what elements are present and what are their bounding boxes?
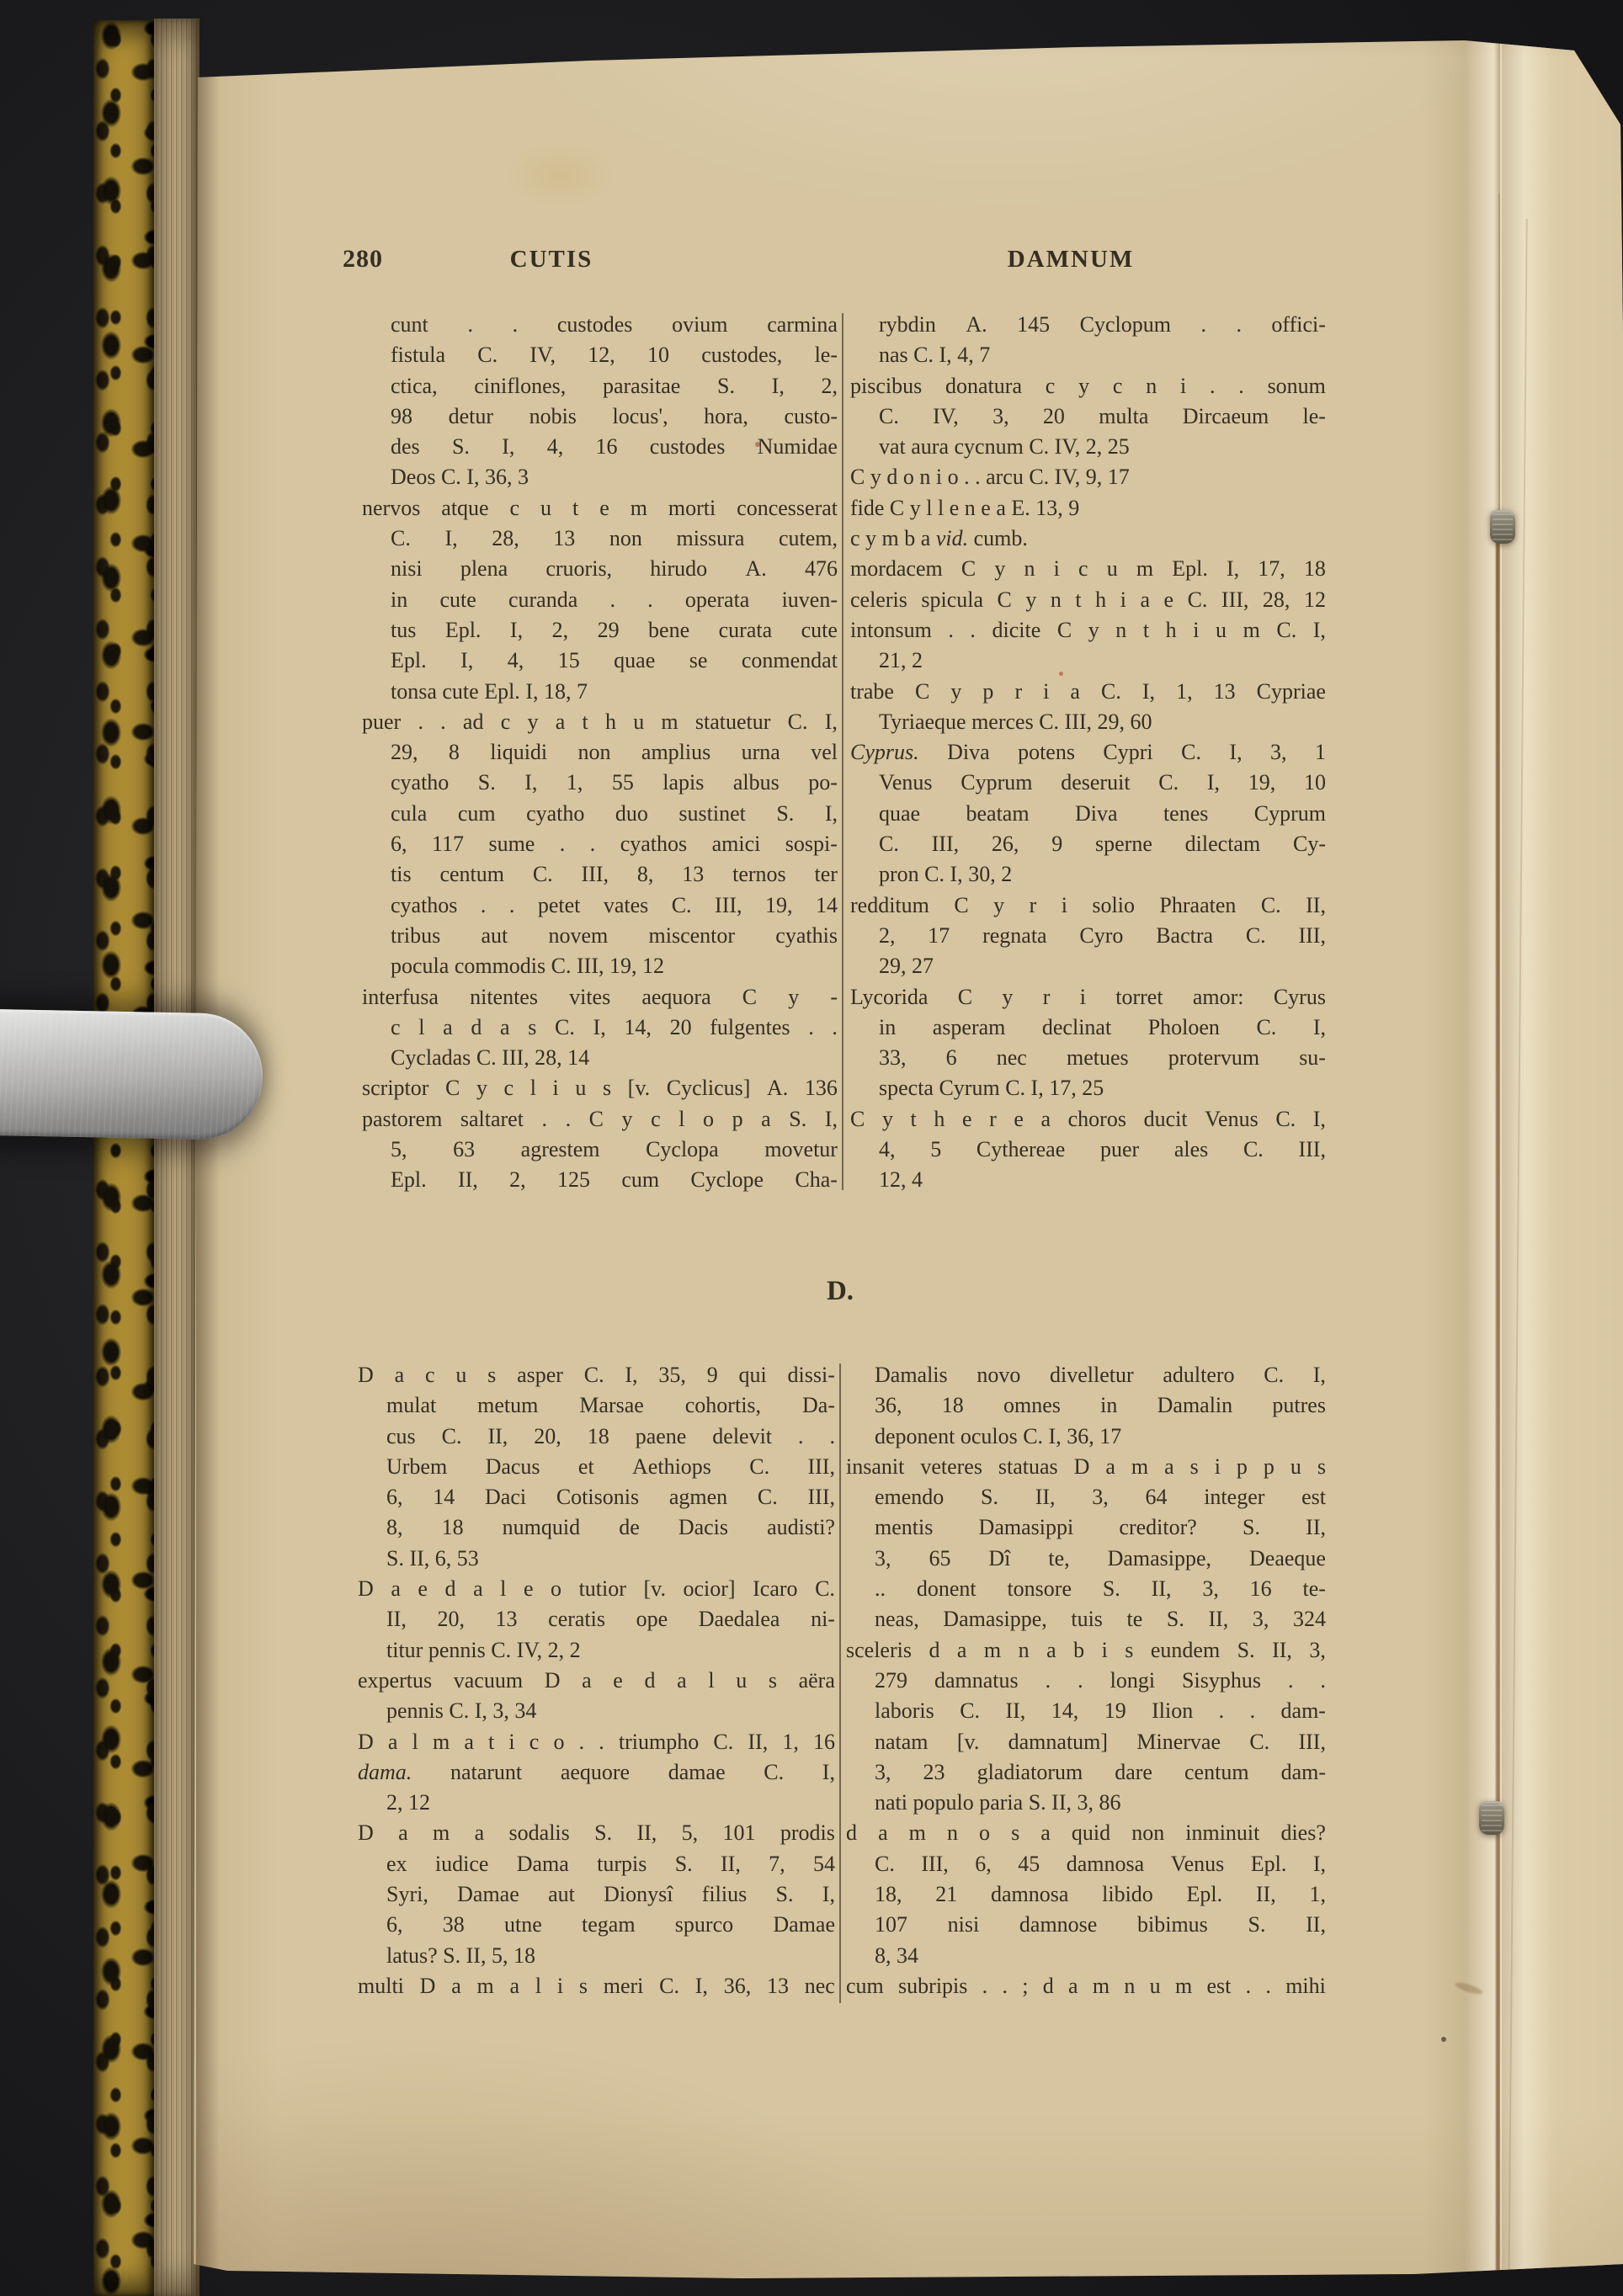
binding-staple-bottom xyxy=(1479,1801,1504,1835)
index-line: pennis C. I, 3, 34 xyxy=(358,1696,835,1726)
index-line: ..donenttonsoreS.II,3,16te- xyxy=(846,1574,1326,1604)
index-line: pocula commodis C. III, 19, 12 xyxy=(362,951,838,981)
index-column-bottom-left: DacusasperC.I,35,9quidissi-mulatmetumMar… xyxy=(358,1360,835,2001)
marbled-cover-edge xyxy=(93,20,154,2296)
index-line: culacumcyathoduosustinetS.I, xyxy=(362,799,838,829)
index-line: piscibusdonaturacycni..sonum xyxy=(850,371,1326,401)
index-line: Cyprus.DivapotensCypriC.I,3,1 xyxy=(850,737,1326,768)
index-line: cunt..custodesoviumcarmina xyxy=(362,310,838,340)
index-line: interfusanitentesvitesaequoraCy- xyxy=(362,982,838,1012)
index-line: tribusautnovemmiscentorcyathis xyxy=(362,921,838,951)
running-head-right: DAMNUM xyxy=(1008,246,1135,274)
index-line: specta Cyrum C. I, 17, 25 xyxy=(850,1073,1326,1103)
index-line: DamalisnovodivelleturadulteroC.I, xyxy=(846,1360,1326,1390)
gutter-crease xyxy=(1423,0,1500,2296)
index-line: 8, 34 xyxy=(846,1941,1326,1971)
index-line: cusC.II,20,18paenedelevit.. xyxy=(358,1422,835,1452)
index-line: scelerisdamnabiseundemS.II,3, xyxy=(846,1635,1326,1666)
index-line: 3,65Dîte,Damasippe,Deaeque xyxy=(846,1544,1326,1574)
index-line: Cycladas C. III, 28, 14 xyxy=(362,1043,838,1073)
index-line: puer..adcyathumstatueturC.I, xyxy=(362,707,838,737)
index-line: Epl.I,4,15quaeseconmendat xyxy=(362,646,838,676)
index-line: neas,Damasippe,tuisteS.II,3,324 xyxy=(846,1604,1326,1634)
index-line: 18,21damnosalibidoEpl.II,1, xyxy=(846,1879,1326,1910)
index-line: rybdinA.145Cyclopum..offici- xyxy=(850,310,1326,340)
index-line: nisiplenacruoris,hirudoA.476 xyxy=(362,554,838,584)
index-line: 8,18numquiddeDacisaudisti? xyxy=(358,1512,835,1543)
index-line: Deos C. I, 36, 3 xyxy=(362,462,838,492)
index-line: 2, 12 xyxy=(358,1788,835,1818)
index-line: emendoS.II,3,64integerest xyxy=(846,1482,1326,1512)
index-line: Syri,DamaeautDionysîfiliusS.I, xyxy=(358,1879,835,1910)
index-line: Epl.II,2,125cumCyclopeCha- xyxy=(362,1165,838,1195)
index-line: tiscentumC.III,8,13ternoster xyxy=(362,859,838,890)
index-line: cumsubripis..;damnumest..mihi xyxy=(846,1971,1326,2001)
index-line: titur pennis C. IV, 2, 2 xyxy=(358,1635,835,1666)
index-line: 4,5CythereaepueralesC.III, xyxy=(850,1135,1326,1165)
book-page: 280 CUTIS DAMNUM cunt..custodesoviumcarm… xyxy=(152,0,1623,2296)
inner-margin-shadow xyxy=(196,67,220,2268)
index-line: vat aura cycnum C. IV, 2, 25 xyxy=(850,432,1326,462)
index-line: 5,63agrestemCyclopamovetur xyxy=(362,1135,838,1165)
index-line: inasperamdeclinatPholoenC.I, xyxy=(850,1012,1326,1043)
index-line: tusEpl.I,2,29benecuratacute xyxy=(362,615,838,646)
index-line: 6,14DaciCotisonisagmenC.III, xyxy=(358,1482,835,1512)
index-column-top-left: cunt..custodesoviumcarminafistulaC.IV,12… xyxy=(362,310,838,1196)
index-line: mulatmetumMarsaecohortis,Da- xyxy=(358,1390,835,1421)
column-divider-bottom xyxy=(839,1363,841,2003)
page-number: 280 xyxy=(343,245,383,274)
index-line: mordacemCynicumEpl.I,17,18 xyxy=(850,554,1326,584)
index-line: C y d o n i o . . arcu C. IV, 9, 17 xyxy=(850,462,1326,492)
index-line: exiudiceDamaturpisS.II,7,54 xyxy=(358,1849,835,1879)
metal-page-clip xyxy=(0,1009,263,1140)
paper-stain xyxy=(505,143,615,207)
index-line: 29, 27 xyxy=(850,951,1326,981)
index-line: C.III,6,45damnosaVenusEpl.I, xyxy=(846,1849,1326,1879)
index-column-bottom-right: DamalisnovodivelleturadulteroC.I,36,18om… xyxy=(846,1360,1326,2001)
index-line: cladasC.I,14,20fulgentes.. xyxy=(362,1012,838,1043)
index-line: insanitveteresstatuasDamasippus xyxy=(846,1452,1326,1482)
index-line: LycoridaCyritorretamor:Cyrus xyxy=(850,982,1326,1012)
page-block-edges xyxy=(154,19,200,2296)
index-line: scriptorCyclius[v.Cyclicus]A.136 xyxy=(362,1073,838,1103)
index-line: quaebeatamDivatenesCyprum xyxy=(850,799,1326,829)
index-line: Tyriaeque merces C. III, 29, 60 xyxy=(850,707,1326,737)
index-line: 3,23gladiatorumdarecentumdam- xyxy=(846,1757,1326,1788)
index-line: desS.I,4,16custodesNumidae xyxy=(362,432,838,462)
index-line: damnosaquidnoninminuitdies? xyxy=(846,1818,1326,1848)
index-line: VenusCyprumdeseruitC.I,19,10 xyxy=(850,768,1326,798)
index-line: dama.nataruntaequoredamaeC.I, xyxy=(358,1757,835,1788)
index-line: incutecuranda..operataiuven- xyxy=(362,585,838,615)
index-line: C.I,28,13nonmissuracutem, xyxy=(362,524,838,554)
column-divider-top xyxy=(842,313,843,1190)
index-line: 12, 4 xyxy=(850,1165,1326,1195)
index-line: c y m b a vid. cumb. xyxy=(850,524,1326,554)
running-head-left: CUTIS xyxy=(510,246,593,274)
gutter-crease-right xyxy=(1502,0,1552,2296)
index-line: S. II, 6, 53 xyxy=(358,1544,835,1574)
index-line: DacusasperC.I,35,9quidissi- xyxy=(358,1360,835,1390)
index-line: DamasodalisS.II,5,101prodis xyxy=(358,1818,835,1848)
index-line: mentisDamasippicreditor?S.II, xyxy=(846,1512,1326,1543)
index-column-top-right: rybdinA.145Cyclopum..offici-nas C. I, 4,… xyxy=(850,310,1326,1196)
index-line: natam[v.damnatum]MinervaeC.III, xyxy=(846,1727,1326,1757)
index-line: ctica,ciniflones,parasitaeS.I,2, xyxy=(362,371,838,401)
index-line: fide C y l l e n e a E. 13, 9 xyxy=(850,493,1326,524)
index-line: CythereachorosducitVenusC.I, xyxy=(850,1104,1326,1135)
index-line: multiDamalismeriC.I,36,13nec xyxy=(358,1971,835,2001)
binding-thread xyxy=(1496,542,1499,2296)
index-line: Daedaleotutior[v.ocior]IcaroC. xyxy=(358,1574,835,1604)
index-line: 33,6necmetuesprotervumsu- xyxy=(850,1043,1326,1073)
index-line: nas C. I, 4, 7 xyxy=(850,340,1326,370)
index-line: cyathoS.I,1,55lapisalbuspo- xyxy=(362,768,838,798)
index-line: expertusvacuumDaedalusaëra xyxy=(358,1666,835,1696)
index-line: Dalmatico..triumphoC.II,1,16 xyxy=(358,1727,835,1757)
book-scan-photo: { "page": { "number": "280", "running_he… xyxy=(0,0,1623,2296)
index-line: 98deturnobislocus',hora,custo- xyxy=(362,401,838,432)
index-line: celerisspiculaCynthiaeC.III,28,12 xyxy=(850,585,1326,615)
index-line: laborisC.II,14,19Ilion..dam- xyxy=(846,1696,1326,1726)
index-line: 107nisidamnosebibimusS.II, xyxy=(846,1910,1326,1940)
section-heading: D. xyxy=(827,1276,854,1307)
index-line: intonsum..diciteCynthiumC.I, xyxy=(850,615,1326,646)
index-line: 6,38utnetegamspurcoDamae xyxy=(358,1910,835,1940)
index-line: C.IV,3,20multaDircaeumle- xyxy=(850,401,1326,432)
index-line: II,20,13ceratisopeDaedaleani- xyxy=(358,1604,835,1634)
index-line: tonsa cute Epl. I, 18, 7 xyxy=(362,677,838,707)
index-line: 2,17regnataCyroBactraC.III, xyxy=(850,921,1326,951)
index-line: deponent oculos C. I, 36, 17 xyxy=(846,1422,1326,1452)
index-line: 29,8liquidinonampliusurnavel xyxy=(362,737,838,768)
binding-staple-top xyxy=(1490,510,1515,544)
index-line: 36,18omnesinDamalinputres xyxy=(846,1390,1326,1421)
index-line: nervosatquecutemmorticoncesserat xyxy=(362,493,838,524)
index-line: C.III,26,9spernedilectamCy- xyxy=(850,829,1326,859)
index-line: pastoremsaltaret..CyclopaS.I, xyxy=(362,1104,838,1135)
index-line: nati populo paria S. II, 3, 86 xyxy=(846,1788,1326,1818)
index-line: fistulaC.IV,12,10custodes,le- xyxy=(362,340,838,370)
index-line: cyathos..petetvatesC.III,19,14 xyxy=(362,890,838,921)
index-line: 279damnatus..longiSisyphus.. xyxy=(846,1666,1326,1696)
index-line: redditumCyrisolioPhraatenC.II, xyxy=(850,890,1326,921)
index-line: latus? S. II, 5, 18 xyxy=(358,1941,835,1971)
index-line: 21, 2 xyxy=(850,646,1326,676)
index-line: trabeCypriaC.I,1,13Cypriae xyxy=(850,677,1326,707)
index-line: pron C. I, 30, 2 xyxy=(850,859,1326,890)
index-line: UrbemDacusetAethiopsC.III, xyxy=(358,1452,835,1482)
paper-fleck xyxy=(1441,2037,1446,2042)
index-line: 6,117sume..cyathosamicisospi- xyxy=(362,829,838,859)
